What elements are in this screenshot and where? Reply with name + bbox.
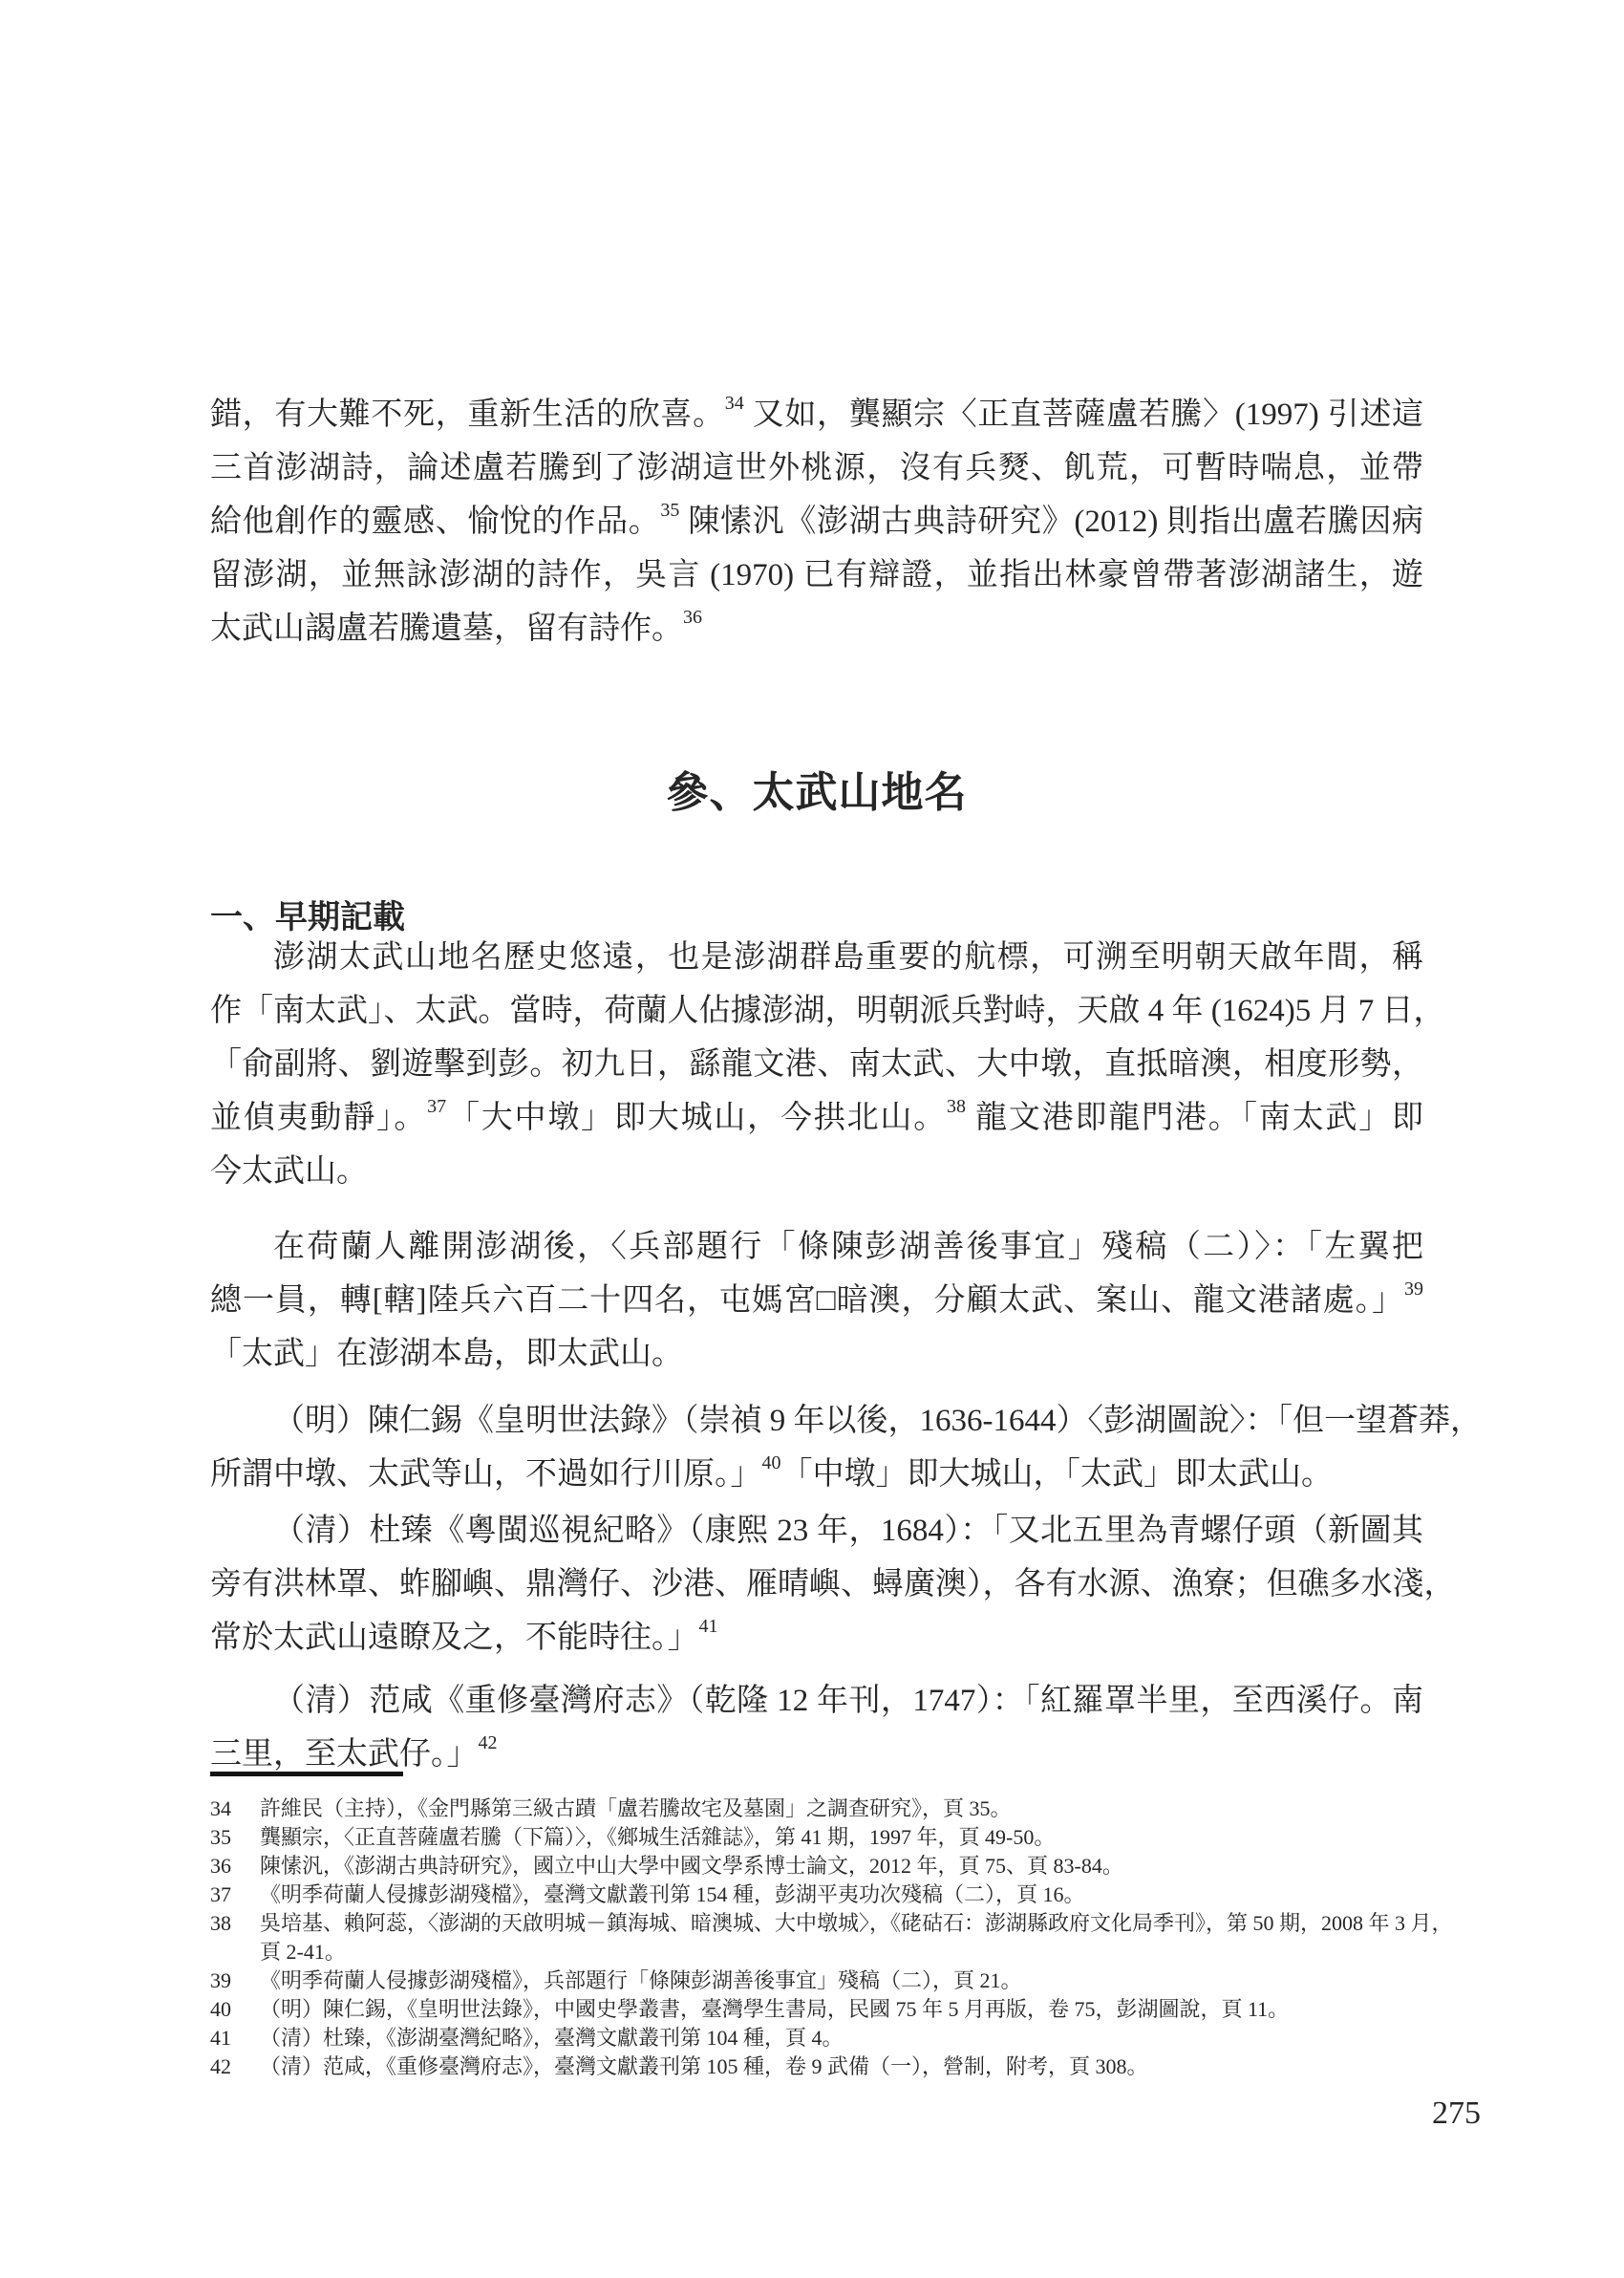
footnote-ref: 34 bbox=[725, 393, 744, 414]
section-heading: 參、太武山地名 bbox=[210, 763, 1423, 823]
footnote-ref: 39 bbox=[1404, 1279, 1423, 1300]
text-line: （清）范咸《重修臺灣府志》（乾隆 12 年刊，1747）：「紅羅罩半里，至西溪仔… bbox=[210, 1674, 1423, 1728]
text-line: 並偵夷動靜」。37「大中墩」即大城山，今拱北山。38 龍文港即龍門港。「南太武」… bbox=[210, 1091, 1423, 1145]
footnote-line: 頁 2-41。 bbox=[210, 1938, 1471, 1966]
footnote-text: 陳愫汎，《澎湖古典詩研究》，國立中山大學中國文學系博士論文，2012 年，頁 7… bbox=[260, 1852, 1123, 1880]
footnote-number: 42 bbox=[210, 2052, 260, 2081]
paragraph-continuation: 錯，有大難不死，重新生活的欣喜。34 又如，龔顯宗〈正直菩薩盧若騰〉(1997)… bbox=[210, 388, 1423, 655]
footnote-line: 38吳培基、賴阿蕊，〈澎湖的天啟明城－鎮海城、暗澳城、大中墩城〉，《硓𥑮石：澎湖… bbox=[210, 1909, 1471, 1938]
paragraph-early-records-5: （清）范咸《重修臺灣府志》（乾隆 12 年刊，1747）：「紅羅罩半里，至西溪仔… bbox=[210, 1674, 1423, 1781]
text-line: （明）陳仁錫《皇明世法錄》（崇禎 9 年以後，1636-1644）〈彭湖圖說〉：… bbox=[210, 1394, 1423, 1448]
text-line: 今太武山。 bbox=[210, 1145, 1423, 1198]
footnote-text: 龔顯宗，〈正直菩薩盧若騰（下篇）〉，《鄉城生活雜誌》，第 41 期，1997 年… bbox=[260, 1823, 1055, 1852]
footnote-number: 37 bbox=[210, 1880, 260, 1909]
footnote-number: 39 bbox=[210, 1966, 260, 1995]
footnote-ref: 38 bbox=[947, 1096, 966, 1117]
footnote-ref: 36 bbox=[683, 607, 702, 628]
footnote-number: 40 bbox=[210, 1995, 260, 2024]
footnote-text: 吳培基、賴阿蕊，〈澎湖的天啟明城－鎮海城、暗澳城、大中墩城〉，《硓𥑮石：澎湖縣政… bbox=[260, 1909, 1453, 1938]
page-number: 275 bbox=[1337, 2095, 1481, 2133]
text-line: 旁有洪林罩、蚱腳嶼、鼎灣仔、沙港、雁晴嶼、蟳廣澳），各有水源、漁寮；但礁多水淺， bbox=[210, 1558, 1423, 1611]
footnote-number: 38 bbox=[210, 1909, 260, 1938]
paragraph-early-records-4: （清）杜臻《粵閩巡視紀略》（康熙 23 年，1684）：「又北五里為青螺仔頭（新… bbox=[210, 1504, 1423, 1665]
text-line: 留澎湖，並無詠澎湖的詩作，吳言 (1970) 已有辯證，並指出林豪曾帶著澎湖諸生… bbox=[210, 548, 1423, 602]
paragraph-early-records-1: 澎湖太武山地名歷史悠遠，也是澎湖群島重要的航標，可溯至明朝天啟年間，稱作「南太武… bbox=[210, 931, 1423, 1198]
footnote-text: 頁 2-41。 bbox=[260, 1938, 346, 1966]
footnote-number: 34 bbox=[210, 1794, 260, 1823]
footnote-number: 41 bbox=[210, 2024, 260, 2052]
footnote-line: 39《明季荷蘭人侵據彭湖殘檔》，兵部題行「條陳彭湖善後事宜」殘稿（二），頁 21… bbox=[210, 1966, 1471, 1995]
footnote-number bbox=[210, 1938, 260, 1966]
footnote-number: 36 bbox=[210, 1852, 260, 1880]
footnote-ref: 41 bbox=[699, 1616, 718, 1637]
text-line: 澎湖太武山地名歷史悠遠，也是澎湖群島重要的航標，可溯至明朝天啟年間，稱 bbox=[210, 931, 1423, 984]
text-line: 常於太武山遠瞭及之，不能時往。」41 bbox=[210, 1611, 1423, 1665]
text-line: 三首澎湖詩，論述盧若騰到了澎湖這世外桃源，沒有兵燹、飢荒，可暫時喘息，並帶 bbox=[210, 441, 1423, 495]
footnote-line: 34許維民（主持），《金門縣第三級古蹟「盧若騰故宅及墓園」之調查研究》，頁 35… bbox=[210, 1794, 1471, 1823]
footnote-separator bbox=[210, 1772, 403, 1776]
text-line: 總一員，轉[轄]陸兵六百二十四名，屯媽宮□暗澳，分顧太武、案山、龍文港諸處。」3… bbox=[210, 1274, 1423, 1327]
footnote-line: 42（清）范咸，《重修臺灣府志》，臺灣文獻叢刊第 105 種，卷 9 武備（一）… bbox=[210, 2052, 1471, 2081]
footnote-ref: 42 bbox=[479, 1732, 498, 1753]
footnote-ref: 37 bbox=[427, 1096, 446, 1117]
text-line: 在荷蘭人離開澎湖後，〈兵部題行「條陳彭湖善後事宜」殘稿（二）〉：「左翼把 bbox=[210, 1220, 1423, 1274]
footnote-ref: 35 bbox=[660, 500, 679, 521]
footnote-text: （清）杜臻，《澎湖臺灣紀略》，臺灣文獻叢刊第 104 種，頁 4。 bbox=[260, 2024, 844, 2052]
text-line: 「太武」在澎湖本島，即太武山。 bbox=[210, 1327, 1423, 1381]
text-line: 所謂中墩、太武等山，不過如行川原。」40「中墩」即大城山，「太武」即太武山。 bbox=[210, 1448, 1423, 1501]
text-line: 作「南太武」、太武。當時，荷蘭人佔據澎湖，明朝派兵對峙，天啟 4 年 (1624… bbox=[210, 984, 1423, 1038]
document-page: 錯，有大難不死，重新生活的欣喜。34 又如，龔顯宗〈正直菩薩盧若騰〉(1997)… bbox=[0, 0, 1624, 2278]
footnote-ref: 40 bbox=[762, 1452, 781, 1473]
text-line: （清）杜臻《粵閩巡視紀略》（康熙 23 年，1684）：「又北五里為青螺仔頭（新… bbox=[210, 1504, 1423, 1558]
footnote-text: 許維民（主持），《金門縣第三級古蹟「盧若騰故宅及墓園」之調查研究》，頁 35。 bbox=[260, 1794, 1012, 1823]
footnote-text: 《明季荷蘭人侵據彭湖殘檔》，兵部題行「條陳彭湖善後事宜」殘稿（二），頁 21。 bbox=[260, 1966, 1022, 1995]
text-line: 太武山謁盧若騰遺墓，留有詩作。36 bbox=[210, 602, 1423, 655]
paragraph-early-records-2: 在荷蘭人離開澎湖後，〈兵部題行「條陳彭湖善後事宜」殘稿（二）〉：「左翼把總一員，… bbox=[210, 1220, 1423, 1381]
footnote-line: 41（清）杜臻，《澎湖臺灣紀略》，臺灣文獻叢刊第 104 種，頁 4。 bbox=[210, 2024, 1471, 2052]
text-line: 給他創作的靈感、愉悅的作品。35 陳愫汎《澎湖古典詩研究》(2012) 則指出盧… bbox=[210, 495, 1423, 548]
footnote-text: 《明季荷蘭人侵據彭湖殘檔》，臺灣文獻叢刊第 154 種，彭湖平夷功次殘稿（二），… bbox=[260, 1880, 1085, 1909]
footnote-text: （清）范咸，《重修臺灣府志》，臺灣文獻叢刊第 105 種，卷 9 武備（一），營… bbox=[260, 2052, 1148, 2081]
footnote-line: 37《明季荷蘭人侵據彭湖殘檔》，臺灣文獻叢刊第 154 種，彭湖平夷功次殘稿（二… bbox=[210, 1880, 1471, 1909]
text-line: 「俞副將、劉遊擊到彭。初九日，繇龍文港、南太武、大中墩，直抵暗澳，相度形勢， bbox=[210, 1038, 1423, 1091]
footnotes: 34許維民（主持），《金門縣第三級古蹟「盧若騰故宅及墓園」之調查研究》，頁 35… bbox=[210, 1794, 1471, 2081]
footnote-line: 35龔顯宗，〈正直菩薩盧若騰（下篇）〉，《鄉城生活雜誌》，第 41 期，1997… bbox=[210, 1823, 1471, 1852]
text-line: 錯，有大難不死，重新生活的欣喜。34 又如，龔顯宗〈正直菩薩盧若騰〉(1997)… bbox=[210, 388, 1423, 441]
footnote-text: （明）陳仁錫，《皇明世法錄》，中國史學叢書，臺灣學生書局，民國 75 年 5 月… bbox=[260, 1995, 1289, 2024]
footnote-line: 36陳愫汎，《澎湖古典詩研究》，國立中山大學中國文學系博士論文，2012 年，頁… bbox=[210, 1852, 1471, 1880]
paragraph-early-records-3: （明）陳仁錫《皇明世法錄》（崇禎 9 年以後，1636-1644）〈彭湖圖說〉：… bbox=[210, 1394, 1423, 1501]
footnote-number: 35 bbox=[210, 1823, 260, 1852]
footnote-line: 40（明）陳仁錫，《皇明世法錄》，中國史學叢書，臺灣學生書局，民國 75 年 5… bbox=[210, 1995, 1471, 2024]
